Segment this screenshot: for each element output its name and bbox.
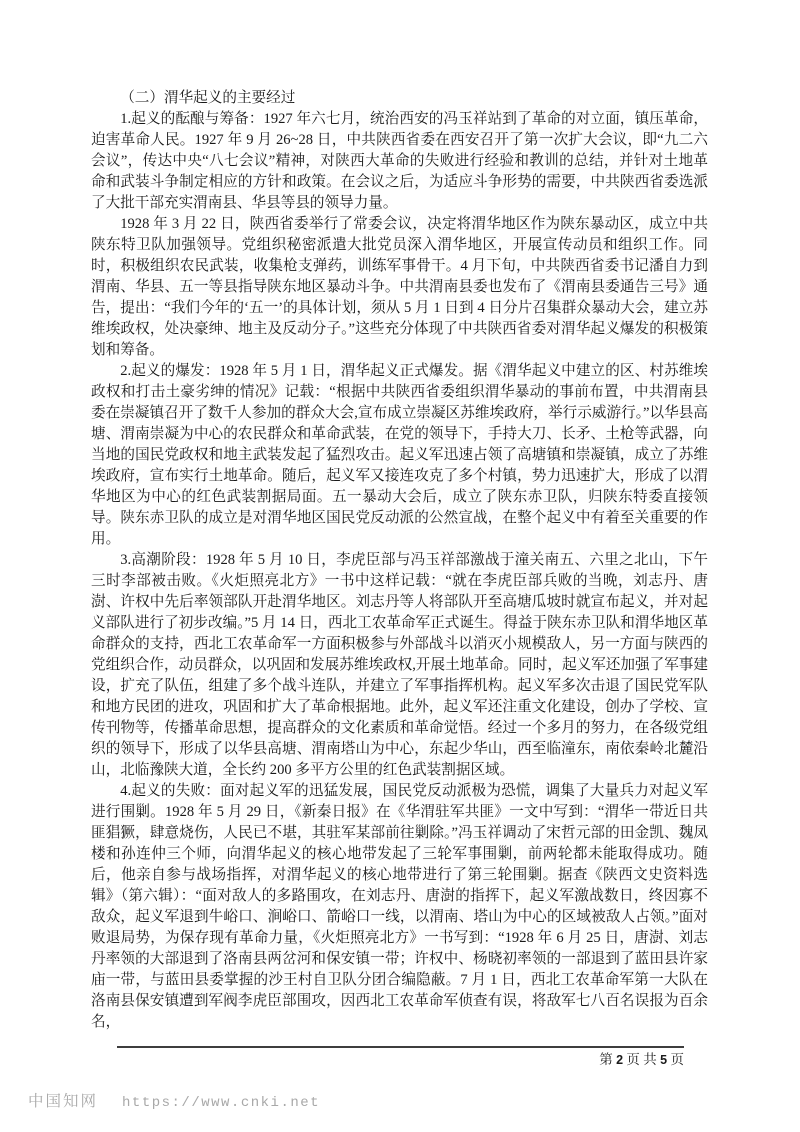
cnki-url: https://www.cnki.net	[122, 1095, 320, 1111]
total-pages-value: 5	[660, 1053, 667, 1067]
cnki-site-name: 中国知网	[28, 1089, 98, 1111]
current-page-value: 2	[616, 1053, 623, 1067]
document-body: （二）渭华起义的主要经过 1.起义的酝酿与筹备：1927 年六七月，统治西安的冯…	[91, 88, 708, 1033]
page-number-mid-label: 页 共	[626, 1052, 656, 1067]
body-paragraph-climax: 3.高潮阶段：1928 年 5 月 10 日，李虎臣部与冯玉祥部激战于潼关南五、…	[91, 550, 708, 781]
body-paragraph-preparation: 1.起义的酝酿与筹备：1927 年六七月，统治西安的冯玉祥站到了革命的对立面，镇…	[91, 109, 708, 214]
page-number-prefix: 第	[599, 1052, 613, 1067]
page-number-suffix: 页	[671, 1052, 685, 1067]
body-paragraph-outbreak: 2.起义的爆发：1928 年 5 月 1 日，渭华起义正式爆发。据《渭华起义中建…	[91, 361, 708, 550]
document-page: （二）渭华起义的主要经过 1.起义的酝酿与筹备：1927 年六七月，统治西安的冯…	[0, 0, 800, 1132]
section-heading: （二）渭华起义的主要经过	[91, 88, 708, 109]
body-paragraph-failure: 4.起义的失败：面对起义军的迅猛发展，国民党反动派极为恐慌，调集了大量兵力对起义…	[91, 781, 708, 1033]
body-paragraph-planning: 1928 年 3 月 22 日，陕西省委举行了常委会议，决定将渭华地区作为陕东暴…	[91, 214, 708, 361]
footer-divider	[117, 1046, 684, 1048]
page-number: 第 2 页 共 5 页	[117, 1051, 684, 1069]
cnki-watermark: 中国知网 https://www.cnki.net	[28, 1089, 320, 1111]
